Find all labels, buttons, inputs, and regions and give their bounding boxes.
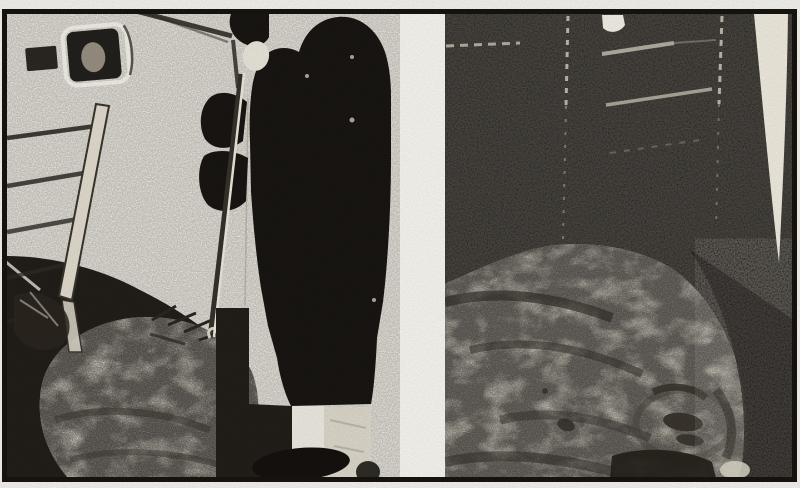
- scanned-photograph-page: [0, 0, 800, 488]
- two-panel-photo: [0, 0, 800, 488]
- paper-grain: [0, 0, 800, 488]
